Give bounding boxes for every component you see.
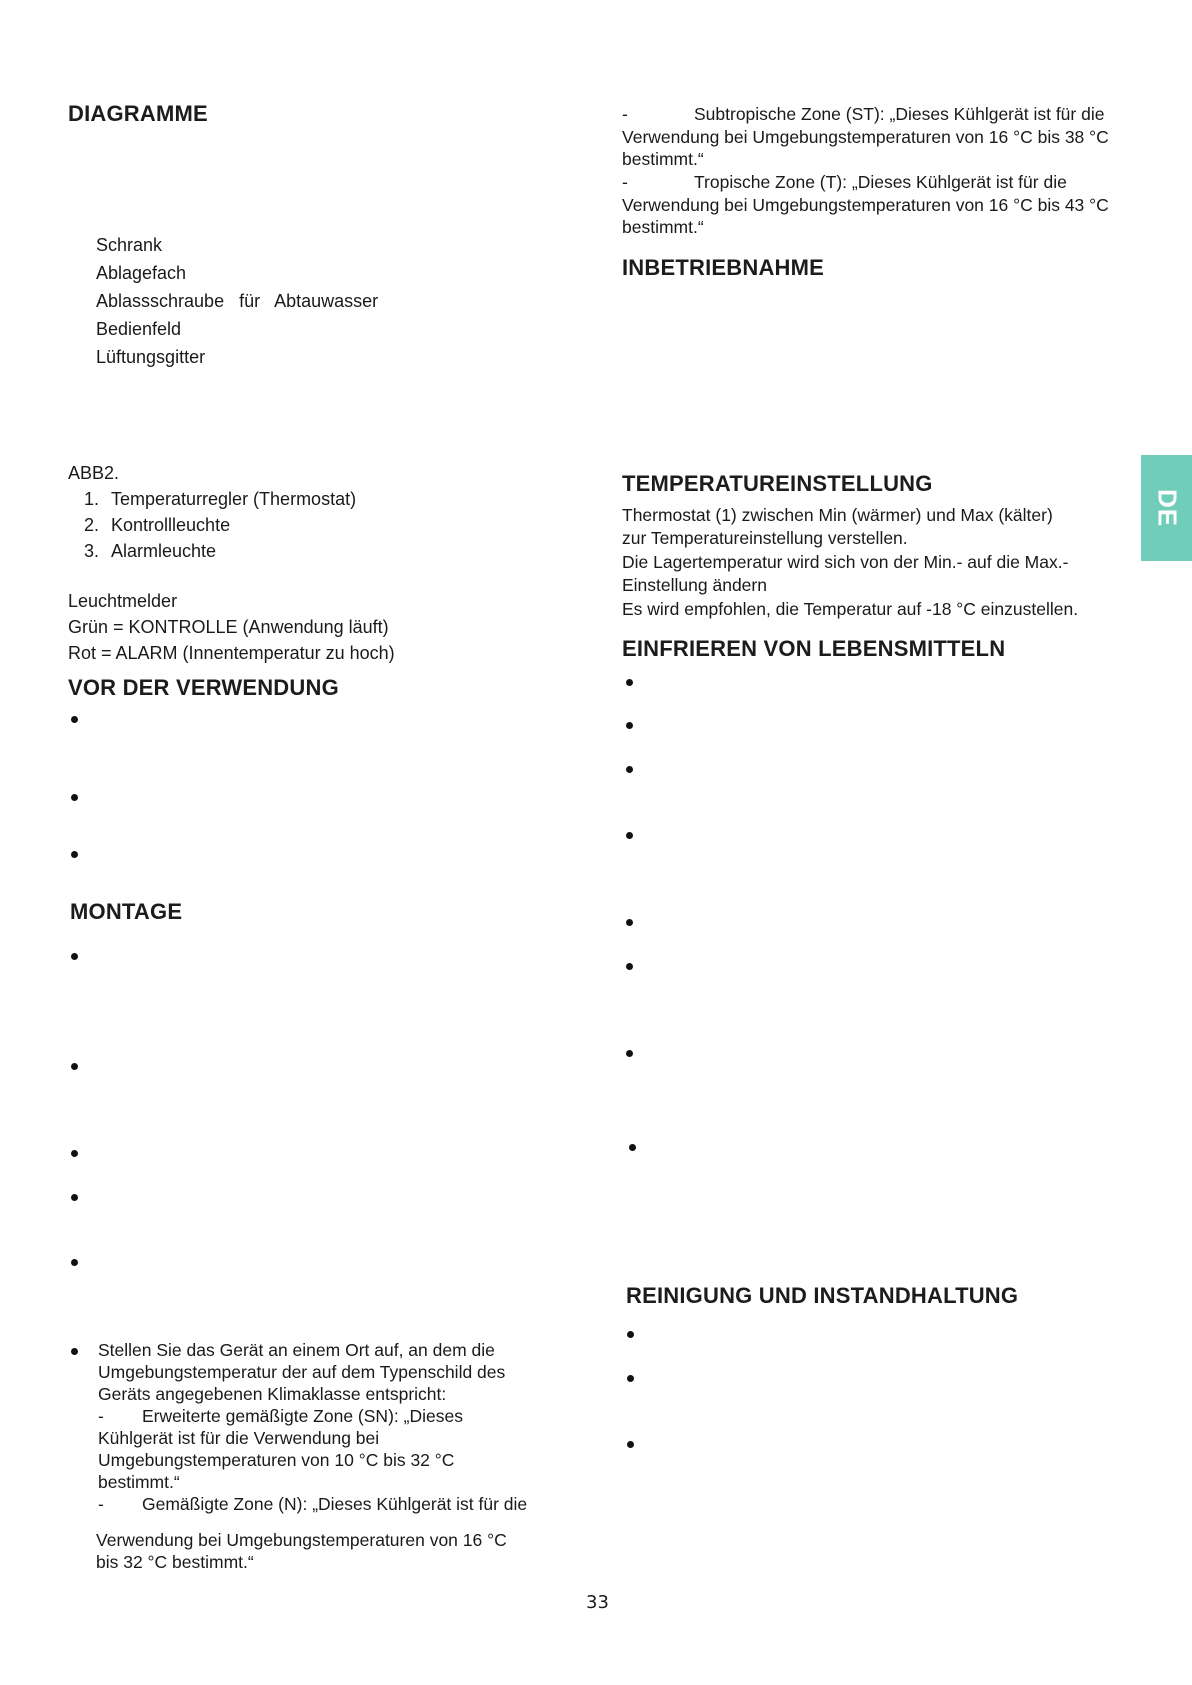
language-tab: DE [1141,455,1192,561]
bullet-icon [626,679,633,686]
text-line: Stellen Sie das Gerät an einem Ort auf, … [98,1339,495,1361]
bullet-icon [626,766,633,773]
bullet-icon [71,1063,78,1070]
text-line: Kühlgerät ist für die Verwendung bei [98,1427,379,1449]
heading-diagramme: DIAGRAMME [68,101,208,127]
bullet-icon [71,1259,78,1266]
list-item: 1.Temperaturregler (Thermostat) [84,488,356,510]
text-line: Verwendung bei Umgebungstemperaturen von… [96,1529,507,1551]
text-line: Umgebungstemperatur der auf dem Typensch… [98,1361,505,1383]
item-number: 3. [84,540,111,562]
bullet-icon [627,1331,634,1338]
bullet-icon [627,1375,634,1382]
heading-reinigung: REINIGUNG UND INSTANDHALTUNG [626,1283,1018,1309]
text-line: Einstellung ändern [622,574,767,596]
item-text: Alarmleuchte [111,541,216,561]
zone-st-first: -Subtropische Zone (ST): „Dieses Kühlger… [622,103,1104,125]
text-line: Verwendung bei Umgebungstemperaturen von… [622,126,1109,148]
bullet-icon [627,1441,634,1448]
text-line: Subtropische Zone (ST): „Dieses Kühlgerä… [694,104,1104,124]
bullet-icon [629,1144,636,1151]
text-line: zur Temperatureinstellung verstellen. [622,527,908,549]
list-item: Schrank [96,234,162,256]
zone-t-first: -Tropische Zone (T): „Dieses Kühlgerät i… [622,171,1067,193]
text-line: Geräts angegebenen Klimaklasse entsprich… [98,1383,446,1405]
indicator-green: Grün = KONTROLLE (Anwendung läuft) [68,616,389,638]
bullet-icon [626,832,633,839]
item-number: 1. [84,488,111,510]
text-line: Gemäßigte Zone (N): „Dieses Kühlgerät is… [142,1494,527,1514]
dash: - [98,1405,142,1427]
list-item: 3.Alarmleuchte [84,540,216,562]
text-line: bestimmt.“ [622,216,704,238]
list-item: Bedienfeld [96,318,181,340]
text-line: Umgebungstemperaturen von 10 °C bis 32 °… [98,1449,454,1471]
item-text: Temperaturregler (Thermostat) [111,489,356,509]
language-label: DE [1151,489,1182,527]
dash: - [622,103,694,125]
heading-inbetriebnahme: INBETRIEBNAHME [622,255,824,281]
list-item: Ablagefach [96,262,186,284]
indicator-title: Leuchtmelder [68,590,177,612]
text-line: bestimmt.“ [98,1471,180,1493]
text-line: Tropische Zone (T): „Dieses Kühlgerät is… [694,172,1067,192]
heading-vor-der-verwendung: VOR DER VERWENDUNG [68,675,339,701]
text-line: bis 32 °C bestimmt.“ [96,1551,254,1573]
bullet-icon [626,722,633,729]
zone-n: -Gemäßigte Zone (N): „Dieses Kühlgerät i… [98,1493,527,1515]
zone-sn: -Erweiterte gemäßigte Zone (SN): „Dieses [98,1405,463,1427]
bullet-icon [71,716,78,723]
heading-einfrieren: EINFRIEREN VON LEBENSMITTELN [622,636,1005,662]
bullet-icon [626,963,633,970]
list-item: 2.Kontrollleuchte [84,514,230,536]
text-line: Verwendung bei Umgebungstemperaturen von… [622,194,1109,216]
item-number: 2. [84,514,111,536]
bullet-icon [71,1348,78,1355]
bullet-icon [71,851,78,858]
dash: - [98,1493,142,1515]
text-line: Die Lagertemperatur wird sich von der Mi… [622,551,1068,573]
text-line: bestimmt.“ [622,148,704,170]
list-item: Ablassschraube für Abtauwasser [96,290,378,312]
list-item: Lüftungsgitter [96,346,205,368]
abb2-label: ABB2. [68,462,119,484]
heading-montage: MONTAGE [70,899,182,925]
bullet-icon [71,1194,78,1201]
page-number: 33 [586,1592,609,1613]
bullet-icon [71,953,78,960]
bullet-icon [71,1150,78,1157]
bullet-icon [71,794,78,801]
heading-temperatureinstellung: TEMPERATUREINSTELLUNG [622,471,933,497]
text-line: Es wird empfohlen, die Temperatur auf -1… [622,598,1078,620]
indicator-red: Rot = ALARM (Innentemperatur zu hoch) [68,642,395,664]
text-line: Erweiterte gemäßigte Zone (SN): „Dieses [142,1406,463,1426]
dash: - [622,171,694,193]
item-text: Kontrollleuchte [111,515,230,535]
bullet-icon [626,1050,633,1057]
bullet-icon [626,919,633,926]
text-line: Thermostat (1) zwischen Min (wärmer) und… [622,504,1053,526]
